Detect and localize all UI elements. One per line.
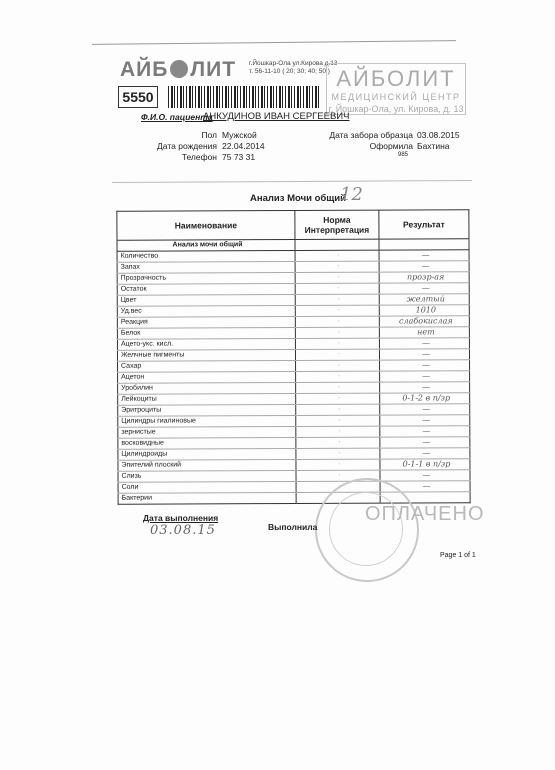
col-norm: Норма Интерпретация bbox=[295, 210, 379, 239]
logo-text-right: ЛИТ bbox=[190, 58, 236, 81]
row-result: — bbox=[380, 382, 470, 393]
row-norm: · bbox=[296, 393, 380, 404]
table-row: Уд.вес·1010 bbox=[117, 305, 469, 318]
row-name: Реакция bbox=[117, 316, 295, 328]
row-result: — bbox=[380, 360, 470, 371]
row-name: Цвет bbox=[117, 294, 295, 306]
row-result: слабокислая bbox=[379, 316, 469, 327]
table-row: Реакция·слабокислая bbox=[117, 316, 469, 329]
barcode-icon bbox=[168, 86, 320, 108]
table-row: Прозрачность·прозр-ая bbox=[117, 272, 469, 285]
row-norm: · bbox=[295, 338, 379, 349]
logo-text-left: АЙБ bbox=[120, 58, 168, 81]
row-result: желтый bbox=[379, 294, 469, 305]
row-norm: · bbox=[295, 283, 379, 294]
page-number: Page 1 of 1 bbox=[440, 552, 476, 559]
sample-date-label: Дата забора образца bbox=[320, 130, 413, 141]
logo-emblem-icon bbox=[170, 60, 188, 78]
row-norm: · bbox=[295, 294, 379, 305]
row-name: Соли bbox=[118, 481, 296, 493]
table-row: Цвет·желтый bbox=[117, 294, 469, 307]
row-result: — bbox=[380, 437, 470, 448]
stamp-title: АЙБОЛИТ bbox=[327, 66, 465, 92]
separator bbox=[112, 180, 472, 183]
address-line: г.Йошкар-Ола ул.Кирова д.13 bbox=[249, 60, 337, 68]
clinic-logo: АЙБЛИТ bbox=[120, 58, 236, 82]
row-result: — bbox=[380, 415, 470, 426]
row-result: — bbox=[379, 283, 469, 294]
row-norm: · bbox=[295, 327, 379, 338]
row-name: Желчные пигменты bbox=[117, 349, 295, 361]
row-name: Слизь bbox=[118, 470, 296, 482]
row-norm: · bbox=[296, 404, 380, 415]
patient-details: ПолМужской Дата рождения22.04.2014 Телеф… bbox=[150, 130, 265, 163]
row-result: — bbox=[380, 404, 470, 415]
table-header: Наименование Норма Интерпретация Результ… bbox=[117, 210, 469, 241]
row-name: Запах bbox=[117, 261, 295, 273]
row-result: нет bbox=[379, 327, 469, 338]
clinic-stamp: АЙБОЛИТ МЕДИЦИНСКИЙ ЦЕНТР г. Йошкар-Ола,… bbox=[326, 63, 466, 115]
row-name: Прозрачность bbox=[117, 272, 295, 284]
results-table: Наименование Норма Интерпретация Результ… bbox=[116, 209, 470, 505]
row-name: Белок bbox=[117, 327, 295, 339]
sample-date-value: 03.08.2015 bbox=[417, 130, 460, 140]
row-name: Эпителий плоский bbox=[118, 459, 296, 471]
row-norm: · bbox=[296, 459, 380, 470]
row-result: — bbox=[380, 448, 470, 459]
done-label: Дата выполнения bbox=[143, 513, 218, 523]
row-result: — bbox=[380, 371, 470, 382]
analysis-title: Анализ Мочи общий bbox=[250, 193, 346, 204]
col-result: Результат bbox=[379, 210, 469, 239]
operator-code: 985 bbox=[398, 152, 408, 158]
col-norm-label: Норма Интерпретация bbox=[305, 215, 370, 235]
row-norm: · bbox=[296, 448, 380, 459]
row-name: Бактерии bbox=[118, 492, 296, 504]
row-result: — bbox=[380, 426, 470, 437]
row-norm: · bbox=[295, 305, 379, 316]
row-norm: · bbox=[295, 316, 379, 327]
round-seal bbox=[315, 478, 419, 582]
group-result bbox=[379, 239, 469, 250]
row-norm: · bbox=[296, 382, 380, 393]
row-result: 0-1-2 в п/зр bbox=[380, 393, 470, 404]
row-name: Уд.вес bbox=[117, 305, 295, 317]
dob-value: 22.04.2014 bbox=[222, 141, 265, 151]
sex-label: Пол bbox=[150, 130, 217, 141]
row-result: 1010 bbox=[379, 305, 469, 316]
scan-top-line bbox=[92, 40, 456, 45]
table-row: Лейкоциты·0-1-2 в п/зр bbox=[118, 393, 470, 406]
row-norm: · bbox=[295, 349, 379, 360]
row-norm: · bbox=[296, 360, 380, 371]
row-norm: · bbox=[295, 272, 379, 283]
sex-value: Мужской bbox=[222, 130, 257, 140]
table-row: Эпителий плоский·0-1-1 в п/зр bbox=[118, 459, 470, 472]
row-norm: · bbox=[296, 371, 380, 382]
paid-stamp: ОПЛАЧЕНО bbox=[365, 503, 485, 526]
phone-label: Телефон bbox=[150, 152, 217, 163]
row-norm: · bbox=[296, 415, 380, 426]
row-result: — bbox=[380, 470, 470, 481]
registered-value: Бахтина bbox=[417, 141, 450, 151]
performed-label: Выполнила bbox=[268, 522, 317, 532]
patient-name: АНКУДИНОВ ИВАН СЕРГЕЕВИЧ bbox=[203, 111, 349, 122]
row-result: 0-1-1 в п/зр bbox=[380, 459, 470, 470]
row-norm: · bbox=[296, 426, 380, 437]
table-row: Белок·нет bbox=[117, 327, 469, 340]
row-name: Ацето-укс. кисл. bbox=[117, 338, 295, 350]
done-date: 03.08.15 bbox=[150, 523, 216, 538]
row-result: прозр-ая bbox=[379, 272, 469, 283]
sample-id: 5550 bbox=[118, 86, 158, 108]
row-name: Сахар bbox=[118, 360, 296, 372]
row-norm: · bbox=[295, 261, 379, 272]
row-name: Цилиндры гиалиновые bbox=[118, 415, 296, 427]
row-result: — bbox=[379, 338, 469, 349]
stamp-subtitle: МЕДИЦИНСКИЙ ЦЕНТР bbox=[327, 92, 465, 102]
row-name: Остаток bbox=[117, 283, 295, 295]
row-name: Лейкоциты bbox=[118, 393, 296, 405]
dob-label: Дата рождения bbox=[150, 141, 217, 152]
phone-value: 75 73 31 bbox=[222, 152, 255, 162]
row-result: — bbox=[379, 349, 469, 360]
sample-details: Дата забора образца03.08.2015 ОформилаБа… bbox=[320, 130, 460, 152]
group-label: Анализ мочи общий bbox=[117, 239, 295, 251]
row-name: Цилиндроиды bbox=[118, 448, 296, 460]
row-name: Уробилин bbox=[118, 382, 296, 394]
row-name: восковидные bbox=[118, 437, 296, 449]
patient-label: Ф.И.О. пациента bbox=[141, 112, 213, 122]
clinic-address: г.Йошкар-Ола ул.Кирова д.13 т. 56-11-10 … bbox=[249, 60, 337, 76]
row-result: — bbox=[379, 261, 469, 272]
row-name: зернистые bbox=[118, 426, 296, 438]
row-name: Количество bbox=[117, 250, 295, 262]
phone-line: т. 56-11-10 ( 20; 30; 40; 50 ) bbox=[249, 68, 337, 76]
registered-label: Оформила bbox=[320, 141, 413, 152]
row-name: Эритроциты bbox=[118, 404, 296, 416]
handwritten-number: 12 bbox=[340, 184, 363, 205]
row-norm: · bbox=[295, 250, 379, 261]
group-norm bbox=[295, 239, 379, 250]
row-name: Ацетон bbox=[118, 371, 296, 383]
col-name: Наименование bbox=[117, 210, 295, 240]
row-norm: · bbox=[296, 437, 380, 448]
row-result: — bbox=[379, 250, 469, 261]
